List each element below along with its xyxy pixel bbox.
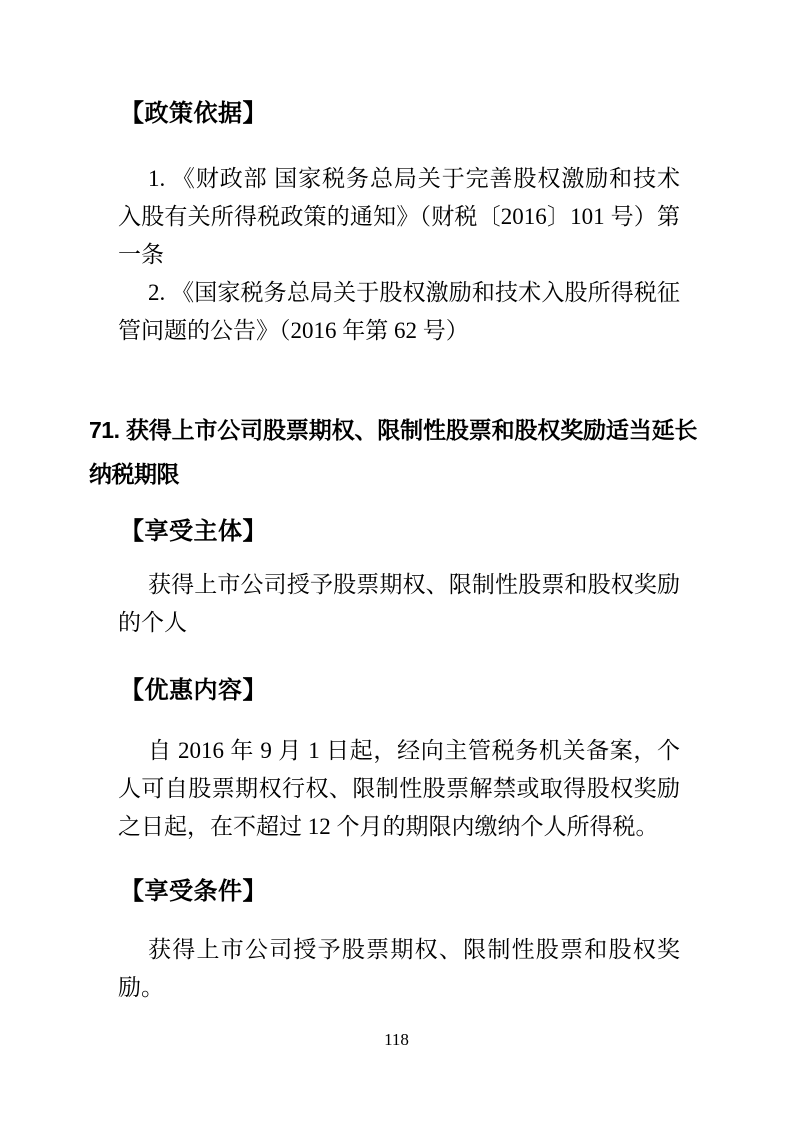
section-heading: 71.获得上市公司股票期权、限制性股票和股权奖励适当延长纳税期限 [89, 408, 697, 496]
policy-basis-list: 1. 《财政部 国家税务总局关于完善股权激励和技术入股有关所得税政策的通知》（财… [118, 160, 680, 350]
policy-basis-item-1: 1. 《财政部 国家税务总局关于完善股权激励和技术入股有关所得税政策的通知》（财… [118, 160, 680, 274]
section-blocks: 【享受主体】 获得上市公司授予股票期权、限制性股票和股权奖励的个人 【优惠内容】… [0, 516, 793, 1007]
block-eligible-conditions: 【享受条件】 获得上市公司授予股票期权、限制性股票和股权奖励。 [0, 876, 793, 1007]
block-eligible-subject: 【享受主体】 获得上市公司授予股票期权、限制性股票和股权奖励的个人 [0, 516, 793, 642]
eligible-conditions-heading: 【享受条件】 [120, 876, 793, 908]
preferential-content-heading: 【优惠内容】 [120, 675, 793, 707]
block-preferential-content: 【优惠内容】 自 2016 年 9 月 1 日起，经向主管税务机关备案，个人可自… [0, 675, 793, 846]
page-footer: 118 [0, 1030, 793, 1050]
policy-basis-heading: 【政策依据】 [120, 98, 793, 130]
eligible-conditions-body: 获得上市公司授予股票期权、限制性股票和股权奖励。 [118, 931, 680, 1007]
page-number: 118 [384, 1030, 409, 1049]
section-number: 71. [89, 417, 119, 443]
eligible-subject-body: 获得上市公司授予股票期权、限制性股票和股权奖励的个人 [118, 566, 680, 642]
policy-basis-item-2: 2. 《国家税务总局关于股权激励和技术入股所得税征管问题的公告》（2016 年第… [118, 274, 680, 350]
section-title: 获得上市公司股票期权、限制性股票和股权奖励适当延长纳税期限 [89, 417, 697, 487]
document-page: 【政策依据】 1. 《财政部 国家税务总局关于完善股权激励和技术入股有关所得税政… [0, 0, 793, 1122]
preferential-content-body: 自 2016 年 9 月 1 日起，经向主管税务机关备案，个人可自股票期权行权、… [118, 732, 680, 846]
eligible-subject-heading: 【享受主体】 [120, 516, 793, 548]
